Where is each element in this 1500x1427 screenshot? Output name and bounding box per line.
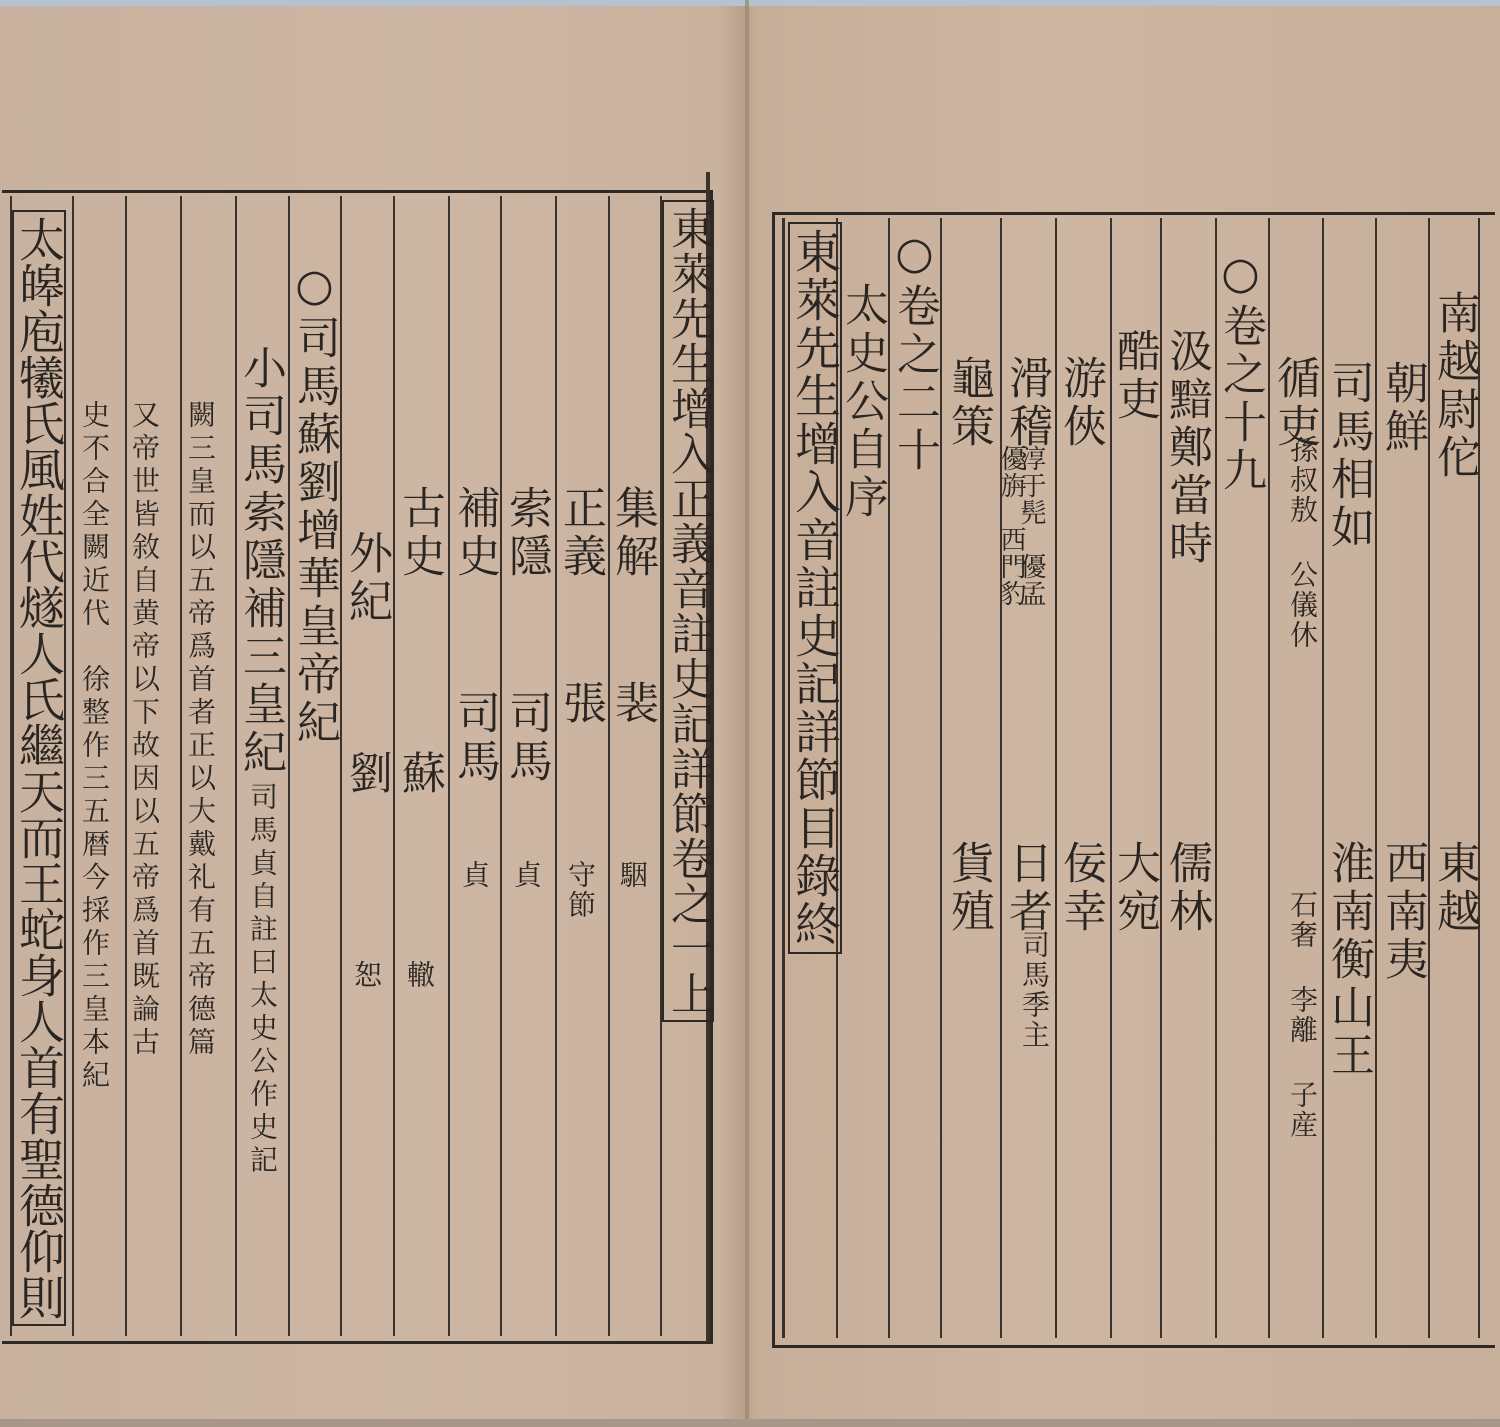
entry-sima-xiangru: 司馬相如 (1326, 360, 1370, 552)
source-zhengyi-given: 守節 (566, 860, 594, 920)
commentary-line-3: 又帝世皆敘自黄帝以下故因以五帝爲首既論古 (130, 400, 158, 1060)
source-jijie: 集解 (610, 485, 654, 581)
source-zhengyi: 正義 (558, 485, 602, 581)
right-title-column: 東萊先生增入音註史記詳節目錄終 (788, 222, 842, 954)
entry-huaji: 滑稽 (1004, 355, 1048, 451)
source-gushi-author: 蘇 (397, 750, 441, 798)
source-waiji-author: 劉 (344, 750, 388, 798)
book-spread: 東萊先生增入音註史記詳節目錄終 南越尉佗 東越 朝鮮 西南夷 司馬相如 淮南衡山… (0, 0, 1500, 1427)
note-sunshuao: 孫叔敖 (1288, 435, 1316, 525)
scan-bottom-edge (0, 1419, 1500, 1427)
entry-dongyue: 東越 (1432, 840, 1476, 936)
column-rule (72, 196, 74, 1336)
entry-taishigong-zixu: 太史公自序 (840, 282, 884, 522)
column-rule (555, 196, 557, 1336)
entry-huozhi: 貨殖 (946, 840, 990, 936)
source-jijie-given: 駰 (618, 860, 646, 890)
heading-sima-su-liu: ○司馬蘇劉增華皇帝紀 (292, 260, 336, 747)
section-juan-20: ○卷之二十 (892, 228, 936, 475)
entry-kuli: 酷吏 (1112, 328, 1156, 424)
source-suoyin-given: 貞 (512, 860, 540, 890)
entry-ningxing: 佞幸 (1058, 840, 1102, 936)
entry-rizhe: 日者 (1004, 840, 1048, 936)
section-juan-19: ○卷之十九 (1218, 248, 1262, 495)
column-rule (940, 218, 942, 1338)
source-jijie-author: 裴 (610, 680, 654, 728)
note-sima-jizhu: 司馬季主 (1020, 930, 1048, 1050)
column-rule (180, 196, 182, 1336)
source-gushi: 古史 (397, 485, 441, 581)
left-title-column: 東萊先生增入正義音註史記詳節卷之一上 (662, 200, 714, 1022)
book-gutter (745, 0, 749, 1427)
note-lili: 李離 (1288, 985, 1316, 1045)
source-bushi-given: 貞 (460, 860, 488, 890)
source-waiji: 外紀 (344, 530, 388, 626)
note-zichan: 子産 (1288, 1080, 1316, 1140)
source-suoyin-author: 司馬 (504, 690, 548, 786)
source-bushi: 補史 (452, 485, 496, 581)
entry-rulin: 儒林 (1164, 840, 1208, 936)
entry-youxia: 游俠 (1058, 355, 1102, 451)
source-suoyin: 索隱 (504, 485, 548, 581)
main-text-column: 太皞庖犧氏風姓代燧人氏繼天而王蛇身人首有聖德仰則 (12, 210, 66, 1326)
entry-xinanyi: 西南夷 (1380, 840, 1424, 984)
entry-dayuan: 大宛 (1112, 840, 1156, 936)
entry-nanyue-weituo: 南越尉佗 (1432, 290, 1476, 482)
entry-jian-zheng: 汲黯鄭當時 (1164, 328, 1208, 568)
scan-top-edge (0, 0, 1500, 6)
commentary-line-2: 闕三皇而以五帝爲首者正以大戴礼有五帝德篇 (186, 400, 214, 1060)
source-gushi-given: 轍 (405, 960, 433, 990)
commentary-line-4: 史不合全闕近代 徐整作三五暦今採作三皇本紀 (80, 400, 108, 1093)
source-waiji-given: 恕 (352, 960, 380, 990)
heading-xiao-sima: 小司馬索隱補三皇紀 (238, 345, 282, 777)
entry-huainan-hengshan: 淮南衡山王 (1326, 840, 1370, 1080)
column-rule (608, 196, 610, 1336)
source-bushi-author: 司馬 (452, 690, 496, 786)
note-gongyixiu: 公儀休 (1288, 560, 1316, 650)
right-inner-border (782, 218, 785, 1338)
entry-guice: 龜策 (946, 355, 990, 451)
entry-chaoxian: 朝鮮 (1380, 360, 1424, 456)
column-rule (125, 196, 127, 1336)
note-huaji-b: 優旃 西門豹 (998, 445, 1024, 607)
source-zhengyi-author: 張 (558, 680, 602, 728)
commentary-line-1: 司馬貞自註曰太史公作史記 (248, 782, 276, 1178)
note-shishe: 石奢 (1288, 890, 1316, 950)
